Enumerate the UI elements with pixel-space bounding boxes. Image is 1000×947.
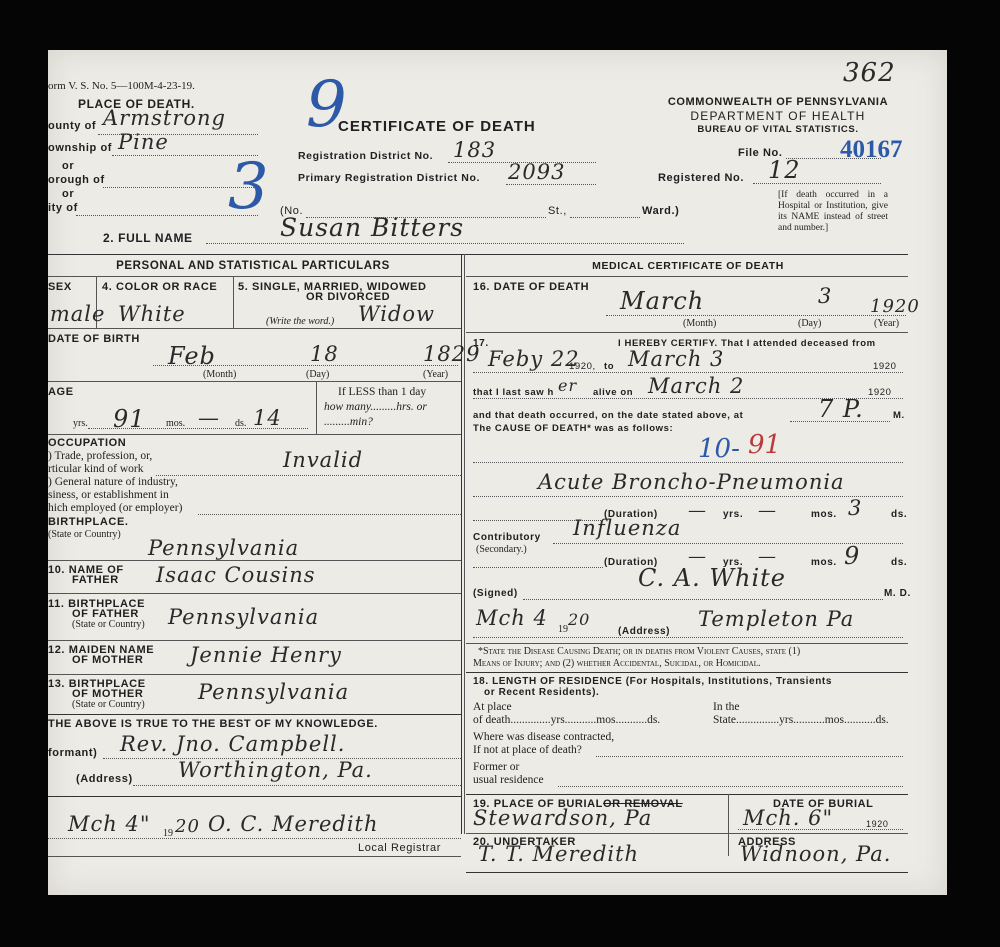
age-mos-label: mos.: [166, 418, 185, 429]
attended-to: March 3: [628, 347, 724, 371]
father-label-2: FATHER: [72, 574, 119, 586]
medical-heading: MEDICAL CERTIFICATE OF DEATH: [468, 260, 908, 272]
informant-label: formant): [48, 747, 97, 759]
registration-district-label: Registration District No.: [298, 150, 433, 162]
mos-label: mos.: [811, 509, 837, 520]
cause-duration-yrs: —: [688, 500, 707, 521]
dod-month: March: [620, 287, 704, 315]
signed-label: (Signed): [473, 588, 518, 599]
cause-duration-ds: 3: [848, 496, 862, 520]
occupation-b: ) General nature of industry,: [48, 476, 178, 488]
if-not-label: If not at place of death?: [473, 744, 582, 756]
death-certificate: orm V. S. No. 5—100M-4-23-19. PLACE OF D…: [48, 50, 947, 895]
occupation-label: OCCUPATION: [48, 437, 126, 449]
occupation-a2: rticular kind of work: [48, 463, 144, 475]
race-label: 4. COLOR OR RACE: [102, 281, 217, 293]
code-blue: 10-: [698, 434, 740, 464]
undertaker-address: Widnoon, Pa.: [740, 842, 891, 866]
residence-label: 18. LENGTH OF RESIDENCE (For Hospitals, …: [473, 676, 832, 687]
occupation-value: Invalid: [283, 448, 363, 472]
age-ds-label: ds.: [235, 418, 246, 429]
city-label: ity of: [48, 202, 78, 214]
filed-year-prefix: 19: [163, 828, 173, 839]
code-red: 91: [748, 430, 781, 460]
physician-address: Templeton Pa: [698, 607, 854, 631]
local-registrar-label: Local Registrar: [358, 842, 441, 854]
department: DEPARTMENT OF HEALTH: [648, 109, 908, 123]
of-death-fields: of death..............yrs...........mos.…: [473, 714, 660, 726]
physician-address-label: (Address): [618, 626, 670, 637]
alive-on-label: alive on: [593, 387, 633, 398]
contributory-cause: Influenza: [573, 516, 681, 540]
contrib-duration-ds: 9: [844, 542, 860, 570]
age-years: 91: [113, 405, 146, 433]
occupation-b2: siness, or establishment in: [48, 489, 169, 501]
street-label: St.,: [548, 205, 567, 217]
informant-address: Worthington, Pa.: [178, 758, 373, 782]
dob-label: DATE OF BIRTH: [48, 333, 140, 345]
usual-residence-label: usual residence: [473, 774, 544, 786]
last-saw-year: 1920: [868, 387, 892, 398]
borough-label: orough of: [48, 174, 105, 186]
birthplace-sub: (State or Country): [48, 529, 121, 540]
sex-label: SEX: [48, 281, 72, 293]
mother-label-2: OF MOTHER: [72, 654, 143, 666]
in-the-label: In the: [713, 701, 740, 713]
dod-year-caption: (Year): [874, 318, 899, 329]
registered-no-value: 12: [768, 156, 801, 184]
personal-heading: PERSONAL AND STATISTICAL PARTICULARS: [48, 260, 458, 272]
burial-place: Stewardson, Pa: [473, 806, 652, 830]
mother-name: Jennie Henry: [190, 643, 342, 667]
hospital-note: [If death occurred in a Hospital or Inst…: [778, 190, 888, 234]
dod-year: 1920: [870, 296, 920, 317]
dob-year: 1829: [423, 342, 480, 366]
day-caption: (Day): [306, 369, 329, 380]
or-label: or: [62, 188, 74, 200]
write-word-hint: (Write the word.): [266, 316, 334, 327]
bureau: BUREAU OF VITAL STATISTICS.: [648, 124, 908, 135]
father-birthplace: Pennsylvania: [168, 605, 319, 629]
contributory-label: Contributory: [473, 532, 541, 543]
age-days: 14: [253, 406, 282, 430]
cert-number: 17.: [473, 338, 489, 349]
sex-value: Female: [48, 302, 105, 326]
physician-signature: C. A. White: [638, 564, 786, 592]
at-place-label: At place: [473, 701, 512, 713]
occupation-a: ) Trade, profession, or,: [48, 450, 152, 462]
attended-from: Feby 22: [488, 347, 580, 371]
registered-no-label: Registered No.: [658, 172, 744, 184]
dob-day: 18: [310, 342, 339, 366]
ds-label: ds.: [891, 509, 907, 520]
primary-district-label: Primary Registration District No.: [298, 172, 480, 184]
contrib-mos-label: mos.: [811, 557, 837, 568]
top-number: 362: [843, 58, 896, 88]
how-many-min: .........min?: [324, 416, 373, 428]
death-occurred-label: and that death occurred, on the date sta…: [473, 410, 743, 421]
how-many-hours: how many.........hrs. or: [324, 401, 427, 413]
true-statement: THE ABOVE IS TRUE TO THE BEST OF MY KNOW…: [48, 718, 378, 730]
dod-day: 3: [818, 284, 832, 308]
margin-number-3: 3: [228, 150, 269, 224]
dod-day-caption: (Day): [798, 318, 821, 329]
county-value: Armstrong: [103, 106, 226, 130]
undertaker: T. T. Meredith: [478, 842, 639, 866]
dod-month-caption: (Month): [683, 318, 716, 329]
informant-address-label: (Address): [76, 773, 133, 785]
full-name-label: 2. FULL NAME: [103, 231, 193, 245]
last-saw-date: March 2: [648, 374, 744, 398]
signed-year-prefix: 19: [558, 624, 568, 635]
birthplace-label: BIRTHPLACE.: [48, 516, 129, 528]
cause-of-death: Acute Broncho-Pneumonia: [538, 470, 845, 494]
or-label: or: [62, 160, 74, 172]
filed-date: Mch 4": [68, 812, 150, 836]
physician-signed-date: Mch 4: [476, 606, 548, 630]
secondary-label: (Secondary.): [476, 544, 527, 555]
registration-district-value: 183: [453, 138, 496, 162]
mother-birthplace: Pennsylvania: [198, 680, 349, 704]
footnote-line-2: Means of Injury; and (2) whether Acciden…: [473, 658, 761, 669]
last-saw-pronoun: er: [558, 376, 577, 395]
time-of-death: 7 P.: [818, 395, 864, 423]
age-months: —: [198, 406, 220, 430]
mother-birthplace-sub: (State or Country): [72, 699, 145, 710]
age-label: AGE: [48, 386, 74, 398]
m-label: M.: [893, 410, 905, 421]
local-registrar-signature: O. C. Meredith: [208, 812, 379, 836]
race-value: White: [118, 302, 186, 326]
cause-duration-mos: —: [758, 500, 777, 521]
residence-label-2: or Recent Residents).: [484, 687, 599, 698]
filed-year: 20: [175, 816, 200, 837]
md-label: M. D.: [884, 588, 911, 599]
ward-label: Ward.): [642, 205, 679, 217]
dod-label: 16. DATE OF DEATH: [473, 281, 589, 293]
attended-to-year: 1920: [873, 361, 897, 372]
commonwealth: COMMONWEALTH OF PENNSYLVANIA: [648, 96, 908, 108]
informant-name: Rev. Jno. Campbell.: [120, 732, 345, 756]
primary-district-value: 2093: [508, 160, 565, 184]
form-number: orm V. S. No. 5—100M-4-23-19.: [48, 80, 195, 92]
county-label: ounty of: [48, 120, 96, 132]
cause-label: The CAUSE OF DEATH* was as follows:: [473, 423, 673, 434]
burial-year: 1920: [866, 819, 888, 829]
month-caption: (Month): [203, 369, 236, 380]
less-than-day-note: If LESS than 1 day: [338, 386, 426, 398]
attended-from-year: 1920,: [569, 361, 596, 372]
marital-value: Widow: [358, 302, 435, 326]
father-birthplace-sub: (State or Country): [72, 619, 145, 630]
year-caption: (Year): [423, 369, 448, 380]
occupation-b3: hich employed (or employer): [48, 502, 182, 514]
township-value: Pine: [118, 130, 169, 154]
yrs-label: yrs.: [723, 509, 743, 520]
township-label: ownship of: [48, 142, 112, 154]
signed-year: 20: [568, 610, 590, 629]
to-label: to: [604, 361, 614, 372]
where-contracted-label: Where was disease contracted,: [473, 731, 614, 743]
age-yrs-label: yrs.: [73, 418, 88, 429]
file-no-value: 40167: [840, 136, 903, 164]
burial-date: Mch. 6": [743, 806, 833, 830]
former-label: Former or: [473, 761, 519, 773]
father-name: Isaac Cousins: [156, 563, 316, 587]
footnote-line-1: *State the Disease Causing Death; or in …: [478, 646, 800, 657]
birthplace-value: Pennsylvania: [148, 536, 299, 560]
full-name-value: Susan Bitters: [280, 213, 464, 242]
dob-month: Feb: [168, 342, 216, 370]
state-fields: State...............yrs...........mos...…: [713, 714, 889, 726]
certificate-title: CERTIFICATE OF DEATH: [338, 118, 536, 135]
contrib-ds-label: ds.: [891, 557, 907, 568]
last-saw-label: that I last saw h: [473, 387, 554, 398]
